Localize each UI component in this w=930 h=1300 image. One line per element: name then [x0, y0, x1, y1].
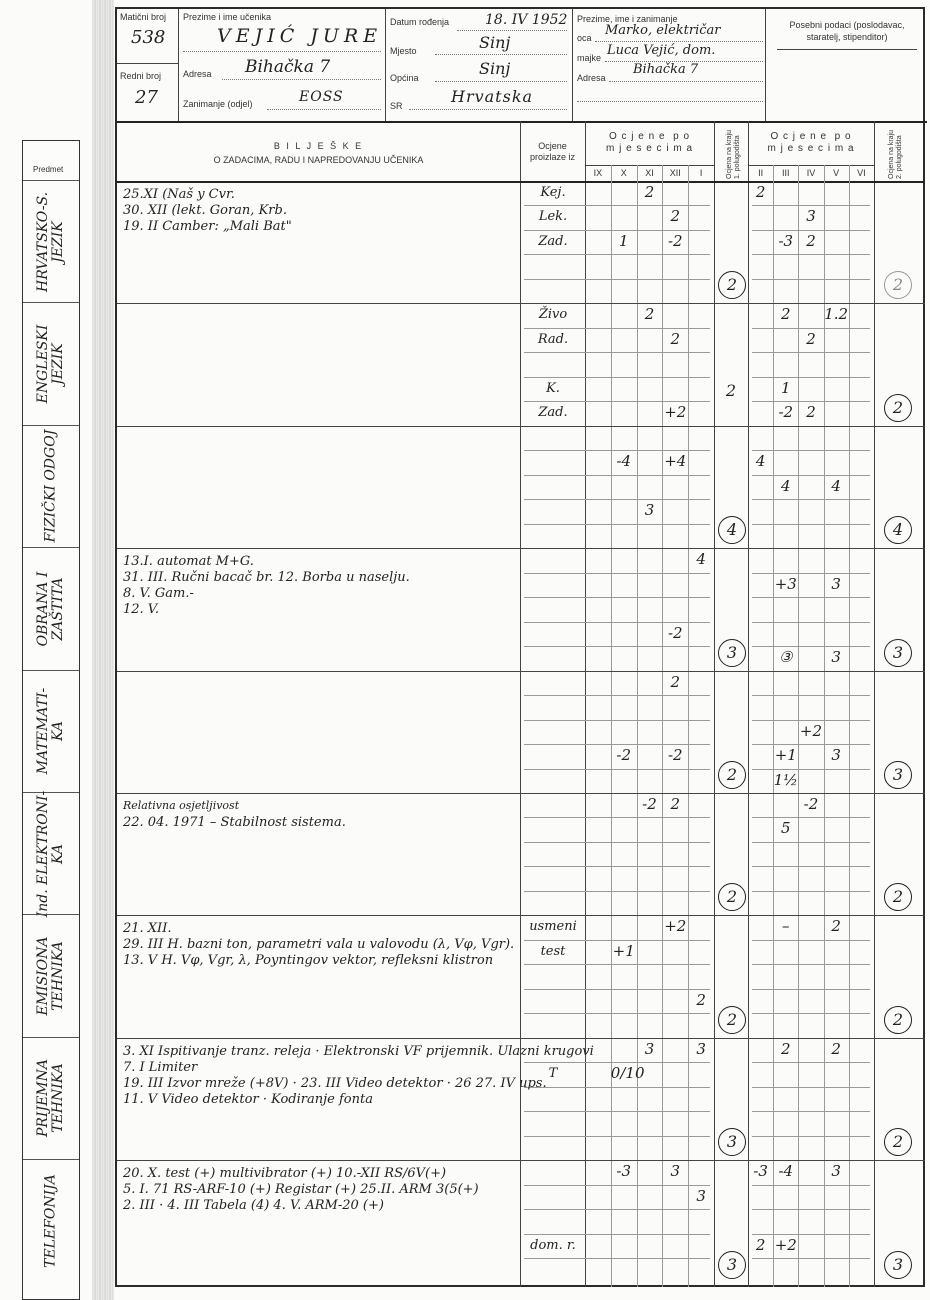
rule-line — [752, 524, 870, 525]
rule-line — [117, 793, 925, 794]
zanimanje-label: Zanimanje (odjel) — [183, 99, 253, 109]
rule-line — [849, 165, 850, 1287]
maticni-broj-value: 538 — [131, 27, 165, 48]
redni-broj-label: Redni broj — [120, 71, 161, 81]
grade-source: Zad. — [524, 405, 582, 420]
note-line: 19. II Camber: „Mali Bat" — [123, 219, 292, 234]
grade-cell: 4 — [773, 477, 798, 495]
grade-cell: +2 — [798, 722, 823, 740]
adresa-value: Bihačka 7 — [245, 57, 330, 77]
grade-cell: ③ — [773, 648, 798, 666]
note-line: 11. V Video detektor · Kodiranje fonta — [123, 1092, 373, 1107]
grade-cell: 3 — [637, 1040, 663, 1058]
note-line: 29. III H. bazni ton, parametri vala u v… — [123, 937, 514, 952]
rule-line — [752, 964, 870, 965]
semester-2-grade: 2 — [884, 883, 912, 911]
rule-line — [752, 866, 870, 867]
rule-line — [524, 989, 710, 990]
subject-0: HRVATSKO-S. JEZIK — [23, 180, 79, 302]
note-line: 5. I. 71 RS-ARF-10 (+) Registar (+) 25.I… — [123, 1182, 479, 1197]
note-line: 21. XII. — [123, 921, 171, 936]
grade-cell: 2 — [662, 673, 688, 691]
rule-line — [752, 1185, 870, 1186]
zanimanje-line — [267, 109, 381, 110]
rule-line — [524, 964, 710, 965]
semester-2-grade: 2 — [884, 271, 912, 299]
rule-line — [524, 695, 710, 696]
rule-line — [752, 817, 870, 818]
adresa2-value: Bihačka 7 — [633, 62, 698, 77]
semester-2-grade: 2 — [884, 394, 912, 422]
grade-cell: 2 — [798, 403, 823, 421]
grade-cell: 2 — [748, 1236, 773, 1254]
grade-cell: 1½ — [773, 771, 798, 789]
ocjene-proizlaze-label: Ocjene proizlaze iz — [520, 141, 585, 163]
rule-line — [752, 254, 870, 255]
rule-line — [752, 1062, 870, 1063]
month-header-XII: XII — [662, 168, 688, 178]
grade-cell: 2 — [773, 1040, 798, 1058]
rule-line — [524, 744, 710, 745]
rule-line — [752, 499, 870, 500]
grade-source: usmeni — [524, 919, 582, 934]
rule-line — [524, 1209, 710, 1210]
grade-cell: +2 — [773, 1236, 798, 1254]
grade-cell: +2 — [662, 917, 688, 935]
biljeske-subtitle: O ZADACIMA, RADU I NAPREDOVANJU UČENIKA — [117, 155, 520, 165]
rule-line — [524, 1111, 710, 1112]
grade-cell: 3 — [688, 1187, 714, 1205]
rule-line — [178, 9, 179, 121]
grade-cell: 2 — [662, 795, 688, 813]
subject-name: ENGLESKI JEZIK — [36, 325, 66, 404]
semester-1-grade: 2 — [718, 271, 746, 299]
adresa-label: Adresa — [183, 69, 212, 79]
rule-line — [752, 622, 870, 623]
grade-source: dom. r. — [524, 1238, 582, 1253]
rule-line — [524, 891, 710, 892]
grade-source: Živo — [524, 307, 582, 322]
grade-cell: 2 — [688, 991, 714, 1009]
note-line: 2. III · 4. III Tabela (4) 4. V. ARM-20 … — [123, 1198, 384, 1213]
grade-cell: +3 — [773, 575, 798, 593]
subject-name: PRIJEMNA TEHNIKA — [36, 1059, 66, 1137]
student-record-form: Matični broj538Redni broj27Prezime i ime… — [115, 7, 925, 1287]
ime-line — [183, 51, 381, 52]
grade-cell: -2 — [662, 232, 688, 250]
grade-cell: 2 — [748, 183, 773, 201]
note-line: Relativna osjetljivost — [123, 799, 239, 812]
rule-line — [752, 230, 870, 231]
rule-line — [524, 769, 710, 770]
grade-cell: 1 — [611, 232, 637, 250]
rule-line — [524, 377, 710, 378]
semester-2-grade: 3 — [884, 639, 912, 667]
rule-line — [752, 769, 870, 770]
rule-line — [874, 121, 875, 1287]
rule-line — [752, 1234, 870, 1235]
rule-line — [752, 842, 870, 843]
rule-line — [752, 597, 870, 598]
posebni-label: Posebni podaci (poslodavac, staratelj, s… — [773, 19, 921, 43]
grade-cell: 1 — [773, 379, 798, 397]
grade-cell: -2 — [773, 403, 798, 421]
semester-1-grade: 4 — [718, 516, 746, 544]
grade-cell: -2 — [662, 624, 688, 642]
biljeske-title: B I L J E Š K E — [117, 141, 520, 151]
rule-line — [752, 1136, 870, 1137]
rule-line — [524, 475, 710, 476]
grade-cell: 2 — [824, 917, 849, 935]
rule-line — [524, 573, 710, 574]
rule-line — [585, 165, 714, 166]
grade-cell: 3 — [824, 648, 849, 666]
rule-line — [524, 646, 710, 647]
adresa2-line — [609, 81, 763, 82]
grade-source: Kej. — [524, 185, 582, 200]
rule-line — [752, 646, 870, 647]
ime-label: Prezime i ime učenika — [183, 12, 271, 22]
sr-label: SR — [390, 101, 403, 111]
rule-line — [524, 720, 710, 721]
grade-cell: -2 — [611, 746, 637, 764]
subject-4: MATEMATI- KA — [23, 670, 79, 792]
grade-cell: +1 — [611, 942, 637, 960]
rule-line — [752, 720, 870, 721]
note-line: 7. I Limiter — [123, 1060, 197, 1075]
datum-value: 18. IV 1952 — [485, 12, 567, 28]
grade-cell: 4 — [824, 477, 849, 495]
rule-line — [117, 426, 925, 427]
month-header-XI: XI — [637, 168, 663, 178]
rule-line — [773, 165, 774, 1287]
subject-name: FIZIČKI ODGOJ — [44, 430, 59, 543]
rule-line — [777, 49, 917, 50]
month-header-X: X — [611, 168, 637, 178]
semester-2-grade: 4 — [884, 516, 912, 544]
grade-cell: -4 — [773, 1162, 798, 1180]
grade-cell: -4 — [611, 452, 637, 470]
rule-line — [752, 205, 870, 206]
month-header-VI: VI — [849, 168, 874, 178]
subject-name: OBRANA I ZAŠTITA — [36, 571, 66, 646]
grade-source: test — [524, 944, 582, 959]
datum-label: Datum rođenja — [390, 17, 449, 27]
rule-line — [752, 1258, 870, 1259]
rule-line — [117, 121, 927, 123]
rule-line — [688, 165, 689, 1287]
grade-cell: 5 — [773, 819, 798, 837]
month-header-V: V — [824, 168, 849, 178]
rule-line — [117, 548, 925, 549]
semester-1-grade: 2 — [718, 378, 744, 404]
rule-line — [524, 940, 710, 941]
month-header-IX: IX — [585, 168, 611, 178]
subject-name: TELEFONIJA — [44, 1174, 59, 1268]
rule-line — [524, 499, 710, 500]
ime-value: VEJIĆ JURE — [217, 25, 382, 47]
rule-line — [524, 1087, 710, 1088]
rule-line — [752, 573, 870, 574]
rule-line — [524, 205, 710, 206]
rule-line — [611, 165, 612, 1287]
extra-line — [577, 101, 763, 102]
note-line: 3. XI Ispitivanje tranz. releja · Elektr… — [123, 1044, 594, 1059]
rule-line — [524, 401, 710, 402]
rule-line — [765, 9, 766, 121]
grade-cell: 3 — [798, 207, 823, 225]
rule-line — [752, 744, 870, 745]
grade-cell: 2 — [662, 330, 688, 348]
semester-1-grade: 3 — [718, 1251, 746, 1279]
semester-2-grade: 2 — [884, 1006, 912, 1034]
kraj-1-polugodista-label: Ocjena na kraju 1. polugodišta — [726, 130, 742, 179]
rule-line — [752, 1209, 870, 1210]
grade-cell: 2 — [637, 183, 663, 201]
rule-line — [752, 279, 870, 280]
subject-7: PRIJEMNA TEHNIKA — [23, 1037, 79, 1159]
rule-line — [524, 254, 710, 255]
ocjene-mjeseci-1-label: O c j e n e p o m j e s e c i m a — [585, 131, 714, 155]
rule-line — [752, 1013, 870, 1014]
grade-cell: +1 — [773, 746, 798, 764]
sr-line — [409, 109, 567, 110]
rule-line — [752, 475, 870, 476]
ocjene-mjeseci-2-label: O c j e n e p o m j e s e c i m a — [748, 131, 874, 155]
rule-line — [524, 352, 710, 353]
grade-cell: – — [773, 917, 798, 935]
semester-1-grade: 3 — [718, 1128, 746, 1156]
datum-line — [457, 30, 567, 31]
predmet-header: Predmet — [23, 141, 79, 183]
rule-line — [117, 303, 925, 304]
subject-8: TELEFONIJA — [23, 1159, 79, 1281]
subject-2: FIZIČKI ODGOJ — [23, 425, 79, 547]
rule-line — [752, 328, 870, 329]
note-line: 19. III Izvor mreže (+8V) · 23. III Vide… — [123, 1076, 547, 1091]
rule-line — [524, 866, 710, 867]
rule-line — [752, 450, 870, 451]
note-line: 20. X. test (+) multivibrator (+) 10.-XI… — [123, 1166, 446, 1181]
oca-line — [595, 41, 763, 42]
rule-line — [572, 9, 573, 121]
opcina-value: Sinj — [479, 59, 510, 78]
oca-value: Marko, električar — [605, 23, 721, 38]
rule-line — [117, 1038, 925, 1039]
rule-line — [524, 597, 710, 598]
rule-line — [524, 622, 710, 623]
grade-cell: 3 — [637, 501, 663, 519]
rule-line — [520, 121, 521, 1287]
mjesto-label: Mjesto — [390, 46, 417, 56]
month-header-IV: IV — [798, 168, 823, 178]
zanimanje-value: EOSS — [299, 89, 344, 105]
redni-broj-value: 27 — [135, 87, 158, 108]
grade-cell: -3 — [611, 1162, 637, 1180]
grade-source: K. — [524, 381, 582, 396]
maticni-broj-label: Matični broj — [120, 12, 166, 22]
subject-name: MATEMATI- KA — [36, 688, 66, 775]
note-line: 22. 04. 1971 – Stabilnost sistema. — [123, 815, 346, 830]
subject-name: HRVATSKO-S. JEZIK — [36, 192, 66, 292]
rule-line — [524, 450, 710, 451]
grade-cell: 2 — [637, 305, 663, 323]
subject-name: Ind. ELEKTRONI- KA — [36, 790, 66, 916]
rule-line — [117, 1160, 925, 1161]
semester-2-grade: 3 — [884, 761, 912, 789]
semester-2-grade: 2 — [884, 1128, 912, 1156]
rule-line — [752, 401, 870, 402]
grade-cell: 3 — [824, 575, 849, 593]
grade-cell: -2 — [637, 795, 663, 813]
subject-6: EMISIONA TEHNIKA — [23, 914, 79, 1036]
grade-cell: 3 — [688, 1040, 714, 1058]
rule-line — [524, 230, 710, 231]
grade-cell: 3 — [824, 1162, 849, 1180]
rule-line — [752, 1087, 870, 1088]
semester-1-grade: 2 — [718, 761, 746, 789]
rule-line — [524, 1013, 710, 1014]
subject-column: Predmet HRVATSKO-S. JEZIKENGLESKI JEZIKF… — [22, 140, 80, 1300]
sr-value: Hrvatska — [451, 87, 533, 106]
rule-line — [117, 915, 925, 916]
adresa2-label: Adresa — [577, 73, 606, 83]
semester-1-grade: 2 — [718, 883, 746, 911]
grade-cell: 2 — [773, 305, 798, 323]
grade-cell: 2 — [662, 207, 688, 225]
rule-line — [524, 524, 710, 525]
grade-cell: -2 — [798, 795, 823, 813]
rule-line — [748, 121, 749, 1287]
grade-cell: 3 — [824, 746, 849, 764]
majke-label: majke — [577, 53, 601, 63]
note-line: 30. XII (lekt. Goran, Krb. — [123, 203, 287, 218]
rule-line — [752, 352, 870, 353]
month-header-II: II — [748, 168, 773, 178]
semester-1-grade: 2 — [718, 1006, 746, 1034]
rule-line — [524, 1062, 710, 1063]
rule-line — [748, 165, 874, 166]
adresa-line — [222, 79, 381, 80]
grade-cell: 1.2 — [824, 305, 849, 323]
opcina-line — [435, 81, 567, 82]
semester-2-grade: 3 — [884, 1251, 912, 1279]
subject-name: EMISIONA TEHNIKA — [36, 937, 66, 1016]
rule-line — [524, 279, 710, 280]
rule-line — [524, 817, 710, 818]
grade-cell: 4 — [748, 452, 773, 470]
grade-cell: 2 — [824, 1040, 849, 1058]
note-line: 13. V H. Vφ, Vgr, λ, Poyntingov vektor, … — [123, 953, 493, 968]
semester-1-grade: 3 — [718, 639, 746, 667]
grade-source: Zad. — [524, 234, 582, 249]
rule-line — [385, 9, 386, 121]
note-line: 12. V. — [123, 602, 159, 617]
grade-source: T — [524, 1066, 582, 1081]
rule-line — [752, 377, 870, 378]
rule-line — [752, 891, 870, 892]
month-header-III: III — [773, 168, 798, 178]
grade-cell: 2 — [798, 232, 823, 250]
grade-cell: -3 — [748, 1162, 773, 1180]
oca-label: oca — [577, 33, 592, 43]
grade-cell: -3 — [773, 232, 798, 250]
note-line: 8. V. Gam.- — [123, 586, 194, 601]
rule-line — [714, 121, 715, 1287]
grade-cell: 2 — [798, 330, 823, 348]
rule-line — [117, 63, 178, 64]
rule-line — [824, 165, 825, 1287]
month-header-I: I — [688, 168, 714, 178]
opcina-label: Općina — [390, 73, 419, 83]
grade-cell: 3 — [662, 1162, 688, 1180]
grade-cell: 4 — [688, 550, 714, 568]
rule-line — [524, 842, 710, 843]
grade-source: Rad. — [524, 332, 582, 347]
rule-line — [117, 181, 925, 183]
rule-line — [524, 1185, 710, 1186]
note-line: 13.I. automat M+G. — [123, 554, 254, 569]
rule-line — [637, 165, 638, 1287]
kraj-2-polugodista-label: Ocjena na kraju 2. polugodišta — [888, 130, 904, 179]
grade-cell: 0/10 — [611, 1064, 637, 1082]
grade-source: Lek. — [524, 209, 582, 224]
rule-line — [524, 328, 710, 329]
note-line: 25.XI (Naš y Cvr. — [123, 187, 235, 202]
rule-line — [752, 940, 870, 941]
grade-cell: +2 — [662, 403, 688, 421]
rule-line — [524, 1258, 710, 1259]
subject-3: OBRANA I ZAŠTITA — [23, 547, 79, 669]
subject-1: ENGLESKI JEZIK — [23, 302, 79, 424]
rule-line — [752, 1111, 870, 1112]
rule-line — [752, 989, 870, 990]
rule-line — [524, 1136, 710, 1137]
majke-value: Luca Vejić, dom. — [607, 43, 715, 58]
grade-cell: -2 — [662, 746, 688, 764]
rule-line — [524, 1234, 710, 1235]
note-line: 31. III. Ručni bacač br. 12. Borba u nas… — [123, 570, 410, 585]
rule-line — [752, 695, 870, 696]
rule-line — [117, 671, 925, 672]
binding-edge — [92, 0, 114, 1300]
subject-5: Ind. ELEKTRONI- KA — [23, 792, 79, 914]
mjesto-line — [435, 54, 567, 55]
grade-cell: +4 — [662, 452, 688, 470]
mjesto-value: Sinj — [479, 33, 510, 52]
